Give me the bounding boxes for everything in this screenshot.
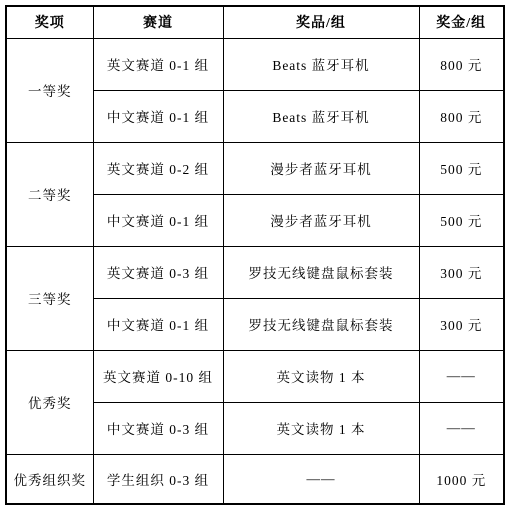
award-cell: 优秀奖 — [6, 350, 93, 454]
table-row: 二等奖 英文赛道 0-2 组 漫步者蓝牙耳机 500 元 — [6, 142, 504, 194]
award-cell: 三等奖 — [6, 246, 93, 350]
prize-cell: 英文读物 1 本 — [223, 350, 419, 402]
track-cell: 中文赛道 0-1 组 — [93, 194, 223, 246]
prize-cell: Beats 蓝牙耳机 — [223, 38, 419, 90]
bonus-cell: 300 元 — [419, 298, 504, 350]
award-cell: 一等奖 — [6, 38, 93, 142]
prize-cell: 英文读物 1 本 — [223, 402, 419, 454]
prize-cell: 罗技无线键盘鼠标套装 — [223, 298, 419, 350]
bonus-cell: —— — [419, 402, 504, 454]
prize-cell: 罗技无线键盘鼠标套装 — [223, 246, 419, 298]
header-award: 奖项 — [6, 6, 93, 38]
header-bonus: 奖金/组 — [419, 6, 504, 38]
table-row: 优秀奖 英文赛道 0-10 组 英文读物 1 本 —— — [6, 350, 504, 402]
prize-table: 奖项 赛道 奖品/组 奖金/组 一等奖 英文赛道 0-1 组 Beats 蓝牙耳… — [5, 5, 505, 505]
track-cell: 英文赛道 0-1 组 — [93, 38, 223, 90]
track-cell: 英文赛道 0-2 组 — [93, 142, 223, 194]
table-row: 优秀组织奖 学生组织 0-3 组 —— 1000 元 — [6, 454, 504, 504]
prize-cell: 漫步者蓝牙耳机 — [223, 142, 419, 194]
award-cell: 二等奖 — [6, 142, 93, 246]
prize-cell: 漫步者蓝牙耳机 — [223, 194, 419, 246]
header-row: 奖项 赛道 奖品/组 奖金/组 — [6, 6, 504, 38]
prize-cell: —— — [223, 454, 419, 504]
bonus-cell: —— — [419, 350, 504, 402]
track-cell: 中文赛道 0-3 组 — [93, 402, 223, 454]
table-row: 一等奖 英文赛道 0-1 组 Beats 蓝牙耳机 800 元 — [6, 38, 504, 90]
track-cell: 中文赛道 0-1 组 — [93, 298, 223, 350]
prize-cell: Beats 蓝牙耳机 — [223, 90, 419, 142]
track-cell: 中文赛道 0-1 组 — [93, 90, 223, 142]
bonus-cell: 500 元 — [419, 142, 504, 194]
track-cell: 英文赛道 0-3 组 — [93, 246, 223, 298]
bonus-cell: 800 元 — [419, 38, 504, 90]
bonus-cell: 500 元 — [419, 194, 504, 246]
bonus-cell: 800 元 — [419, 90, 504, 142]
bonus-cell: 1000 元 — [419, 454, 504, 504]
header-prize: 奖品/组 — [223, 6, 419, 38]
table-row: 三等奖 英文赛道 0-3 组 罗技无线键盘鼠标套装 300 元 — [6, 246, 504, 298]
bonus-cell: 300 元 — [419, 246, 504, 298]
track-cell: 英文赛道 0-10 组 — [93, 350, 223, 402]
track-cell: 学生组织 0-3 组 — [93, 454, 223, 504]
header-track: 赛道 — [93, 6, 223, 38]
award-cell: 优秀组织奖 — [6, 454, 93, 504]
